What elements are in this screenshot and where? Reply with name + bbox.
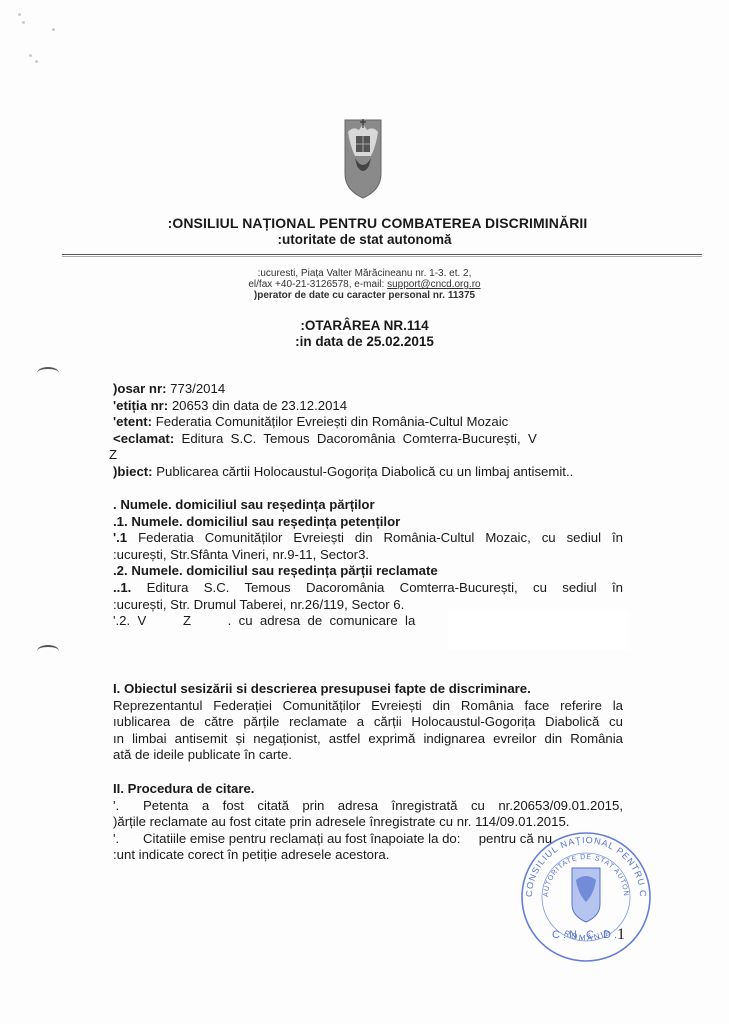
section-heading: I. Obiectul sesizării si descrierea pres… [113,681,531,696]
petent-line: 'etent: Federatia Comunităților Evreieșt… [113,414,623,431]
header-divider [62,254,702,255]
section-heading: II. Procedura de citare. [113,781,254,796]
address-line: :ucuresti, Piața Valter Mărăcineanu nr. … [0,268,729,279]
paragraph-line: ıublicarea de către părțile reclamate a … [113,714,623,731]
official-stamp-icon: CONSILIUL NAȚIONAL PENTRU COMBATEREA DIS… [512,828,660,966]
procedure-item: '.Petenta a fost citată prin adresa înre… [113,798,623,815]
section-heading: . Numele. domiciliul sau reședința părți… [113,497,375,512]
punch-hole-icon [37,645,59,657]
paragraph-line: ın limbai antisemit și negaționist, astf… [113,731,623,748]
redacted-area [448,610,628,650]
contact-line: el/fax +40-21-3126578, e-mail: support@c… [0,279,729,290]
subsection-heading: .2. Numele. domiciliul sau reședința păr… [113,563,438,578]
subsection-heading: .1. Numele. domiciliul sau reședința pet… [113,514,400,529]
email-link[interactable]: support@cncd.org.ro [387,279,481,290]
punch-hole-icon [37,367,59,379]
data-operator-line: )perator de date cu caracter personal nr… [0,290,729,301]
page-number: 1 [617,926,625,944]
paragraph-line: Reprezentantul Federației Comunităților … [113,698,623,715]
paragraph-line: ată de ideile publicate în carte. [113,747,623,764]
reclamat-entry-1: ..1. Editura S.C. Temous Dacoromânia Com… [113,580,623,597]
reclamat-line: <eclamat: Editura S.C. Temous Dacoromâni… [113,431,623,448]
header-divider-shadow [62,256,702,257]
reclamat-continuation: Z [109,447,623,464]
petent-entry: '.1 Federatia Comunităților Evreiești di… [113,530,623,547]
phone-fax: el/fax +40-21-3126578, e-mail: [248,279,387,290]
decision-date: :in data de 25.02.2015 [0,334,729,349]
petent-address: :ucurești, Str.Sfânta Vineri, nr.9-11, S… [113,547,623,564]
case-details: )osar nr: 773/2014 'etiția nr: 20653 din… [113,381,623,481]
section-object: I. Obiectul sesizării si descrierea pres… [113,681,623,764]
petitia-line: 'etiția nr: 20653 din data de 23.12.2014 [113,398,623,415]
institution-subtitle: :utoritate de stat autonomă [0,232,729,247]
scan-specks [15,10,60,70]
dosar-line: )osar nr: 773/2014 [113,381,623,398]
romania-coat-of-arms-icon [343,116,383,202]
obiect-line: )biect: Publicarea cărtii Holocaustul-Go… [113,464,623,481]
decision-title: :OTARÂREA NR.114 [0,318,729,333]
institution-name: :ONSILIUL NAȚIONAL PENTRU COMBATEREA DIS… [0,215,729,231]
